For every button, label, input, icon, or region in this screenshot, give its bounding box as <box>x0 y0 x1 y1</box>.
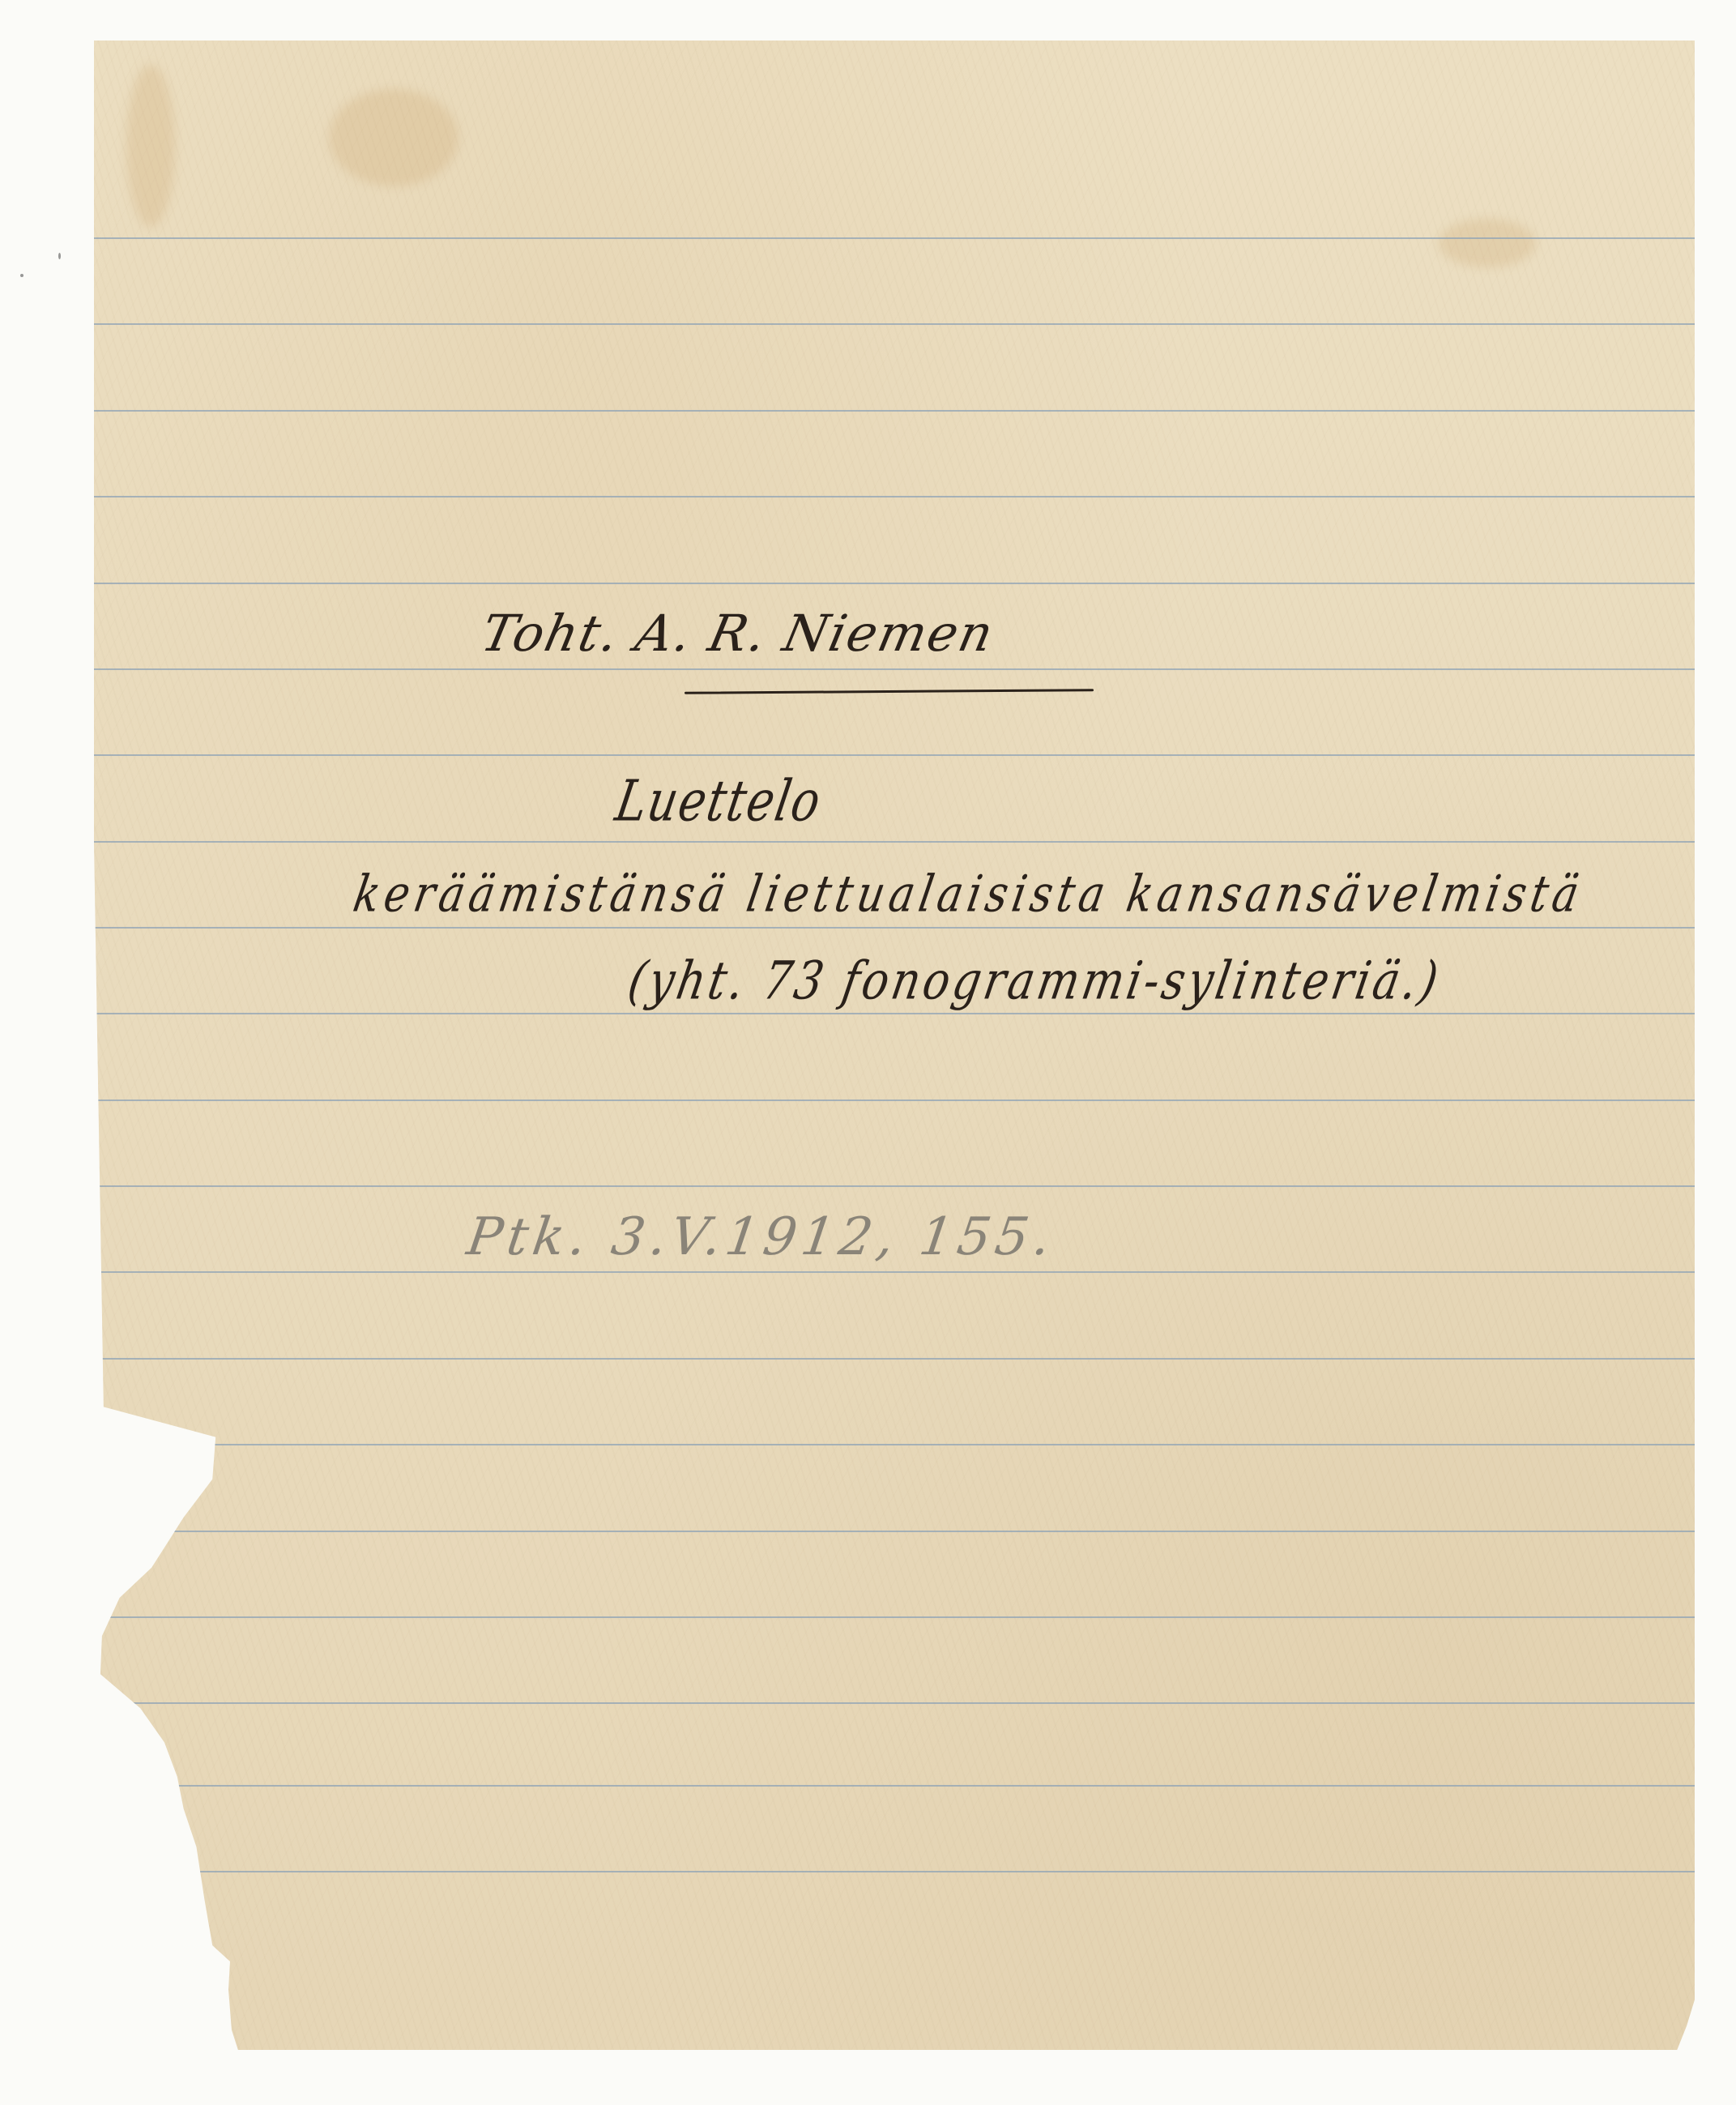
rule-line <box>94 410 1695 412</box>
rule-line <box>94 1785 1695 1787</box>
rule-line <box>94 1271 1695 1273</box>
water-stain <box>329 89 459 186</box>
rule-line <box>94 1185 1695 1187</box>
rule-line <box>94 1099 1695 1101</box>
rule-line <box>94 323 1695 325</box>
rule-line <box>94 1444 1695 1445</box>
rule-line <box>94 1013 1695 1014</box>
rule-line <box>94 1702 1695 1704</box>
water-stain <box>126 65 175 227</box>
rule-line <box>94 841 1695 843</box>
rule-line <box>94 496 1695 497</box>
rule-line <box>94 927 1695 929</box>
rule-line <box>94 668 1695 670</box>
document-heading: Luettelo <box>611 769 826 835</box>
rule-line <box>94 1871 1695 1872</box>
water-stain <box>1439 219 1536 267</box>
rule-line <box>94 583 1695 584</box>
rule-line <box>94 1358 1695 1360</box>
rule-line <box>94 754 1695 756</box>
rule-line <box>94 1531 1695 1532</box>
manuscript-page <box>94 41 1695 2050</box>
rule-line <box>94 237 1695 239</box>
pencil-reference-note: Ptk. 3.V.1912, 155. <box>463 1207 1059 1267</box>
rule-line <box>94 1616 1695 1618</box>
cylinder-count-note: (yht. 73 fonogrammi-sylinteriä.) <box>624 950 1446 1011</box>
document-title: Toht. A. R. Niemen <box>476 604 1000 663</box>
dust-speck <box>58 253 61 259</box>
dust-speck <box>20 274 23 277</box>
document-subtitle: keräämistänsä liettualaisista kansansäve… <box>349 865 1588 924</box>
